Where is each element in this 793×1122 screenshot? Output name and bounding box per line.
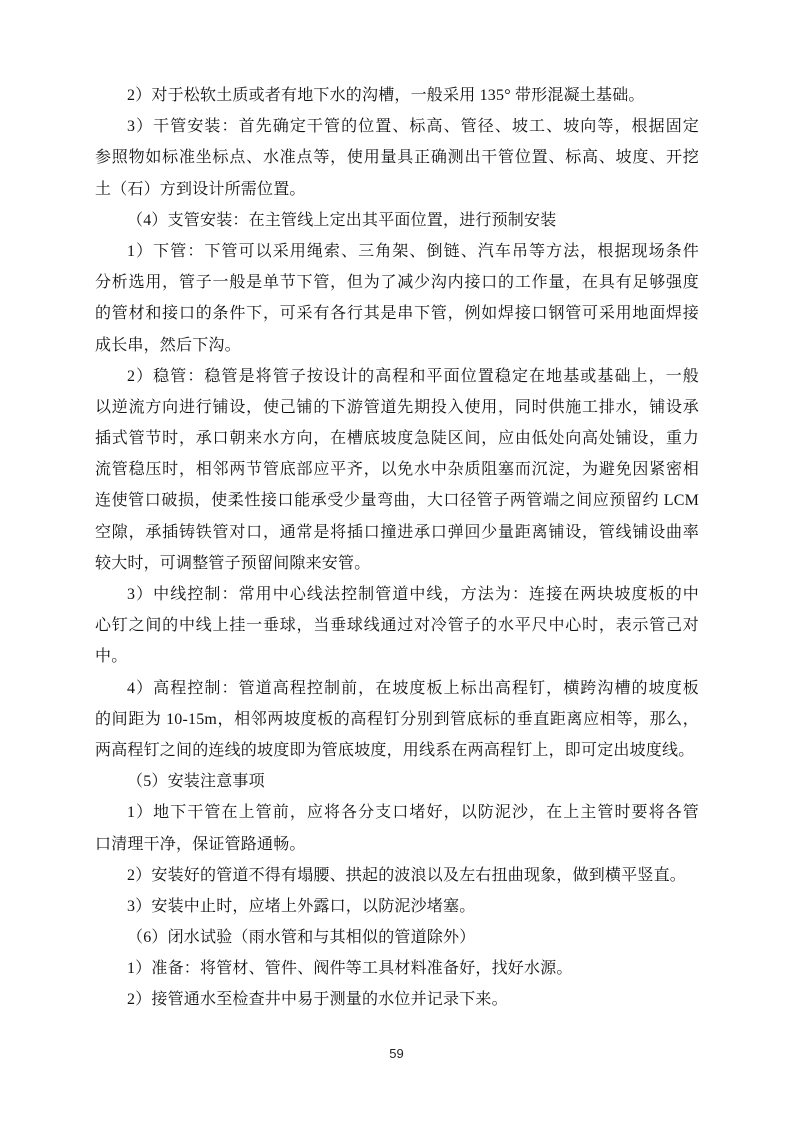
text-line: 3）中线控制：常用中心线法控制管道中线，方法为：连接在两块坡度板的中 xyxy=(95,579,699,610)
paragraph: 2）稳管：稳管是将管子按设计的高程和平面位置稳定在地基或基础上，一般 以逆流方向… xyxy=(95,361,699,579)
text-line: 中。 xyxy=(95,641,699,672)
paragraph: （4）支管安装：在主管线上定出其平面位置，进行预制安装 xyxy=(95,205,699,236)
text-line: 3）干管安装：首先确定干管的位置、标高、管径、坡工、坡向等，根据固定 xyxy=(95,111,699,142)
text-line: 2）安装好的管道不得有塌腰、拱起的波浪以及左右扭曲现象，做到横平竖直。 xyxy=(95,860,699,891)
paragraph: 3）中线控制：常用中心线法控制管道中线，方法为：连接在两块坡度板的中 心钉之间的… xyxy=(95,579,699,673)
paragraph: 2）接管通水至检查井中易于测量的水位并记录下来。 xyxy=(95,984,699,1015)
text-line: 两高程钉之间的连线的坡度即为管底坡度，用线系在两高程钉上，即可定出坡度线。 xyxy=(95,735,699,766)
text-line: 连使管口破损，使柔性接口能承受少量弯曲，大口径管子两管端之间应预留约 LCM xyxy=(95,485,699,516)
text-line: 成长串，然后下沟。 xyxy=(95,330,699,361)
text-line: 的管材和接口的条件下，可采有各行其是串下管，例如焊接口钢管可采用地面焊接 xyxy=(95,298,699,329)
text-line: 空隙，承插铸铁管对口，通常是将插口撞进承口弹回少量距离铺设，管线铺设曲率 xyxy=(95,517,699,548)
paragraph: 1）地下干管在上管前，应将各分支口堵好，以防泥沙，在上主管时要将各管 口清理干净… xyxy=(95,797,699,859)
text-line: 分析选用，管子一般是单节下管，但为了减少沟内接口的工作量，在具有足够强度 xyxy=(95,267,699,298)
text-line: 以逆流方向进行铺设，使己铺的下游管道先期投入使用，同时供施工排水，铺设承 xyxy=(95,392,699,423)
page-number: 59 xyxy=(0,1046,793,1061)
text-line: （6）闭水试验（雨水管和与其相似的管道除外） xyxy=(95,922,699,953)
paragraph: 4）高程控制：管道高程控制前，在坡度板上标出高程钉，横跨沟槽的坡度板 的间距为 … xyxy=(95,673,699,767)
paragraph: 2）对于松软土质或者有地下水的沟槽，一般采用 135° 带形混凝土基础。 xyxy=(95,80,699,111)
paragraph: 3）干管安装：首先确定干管的位置、标高、管径、坡工、坡向等，根据固定 参照物如标… xyxy=(95,111,699,205)
text-line: 2）接管通水至检查井中易于测量的水位并记录下来。 xyxy=(95,984,699,1015)
text-line: 1）地下干管在上管前，应将各分支口堵好，以防泥沙，在上主管时要将各管 xyxy=(95,797,699,828)
text-line: 1）下管：下管可以采用绳索、三角架、倒链、汽车吊等方法，根据现场条件 xyxy=(95,236,699,267)
text-line: 4）高程控制：管道高程控制前，在坡度板上标出高程钉，横跨沟槽的坡度板 xyxy=(95,673,699,704)
text-line: 的间距为 10-15m，相邻两坡度板的高程钉分别到管底标的垂直距离应相等，那么， xyxy=(95,704,699,735)
text-line: 1）准备：将管材、管件、阀件等工具材料准备好，找好水源。 xyxy=(95,953,699,984)
text-line: （4）支管安装：在主管线上定出其平面位置，进行预制安装 xyxy=(95,205,699,236)
document-page: 2）对于松软土质或者有地下水的沟槽，一般采用 135° 带形混凝土基础。 3）干… xyxy=(0,0,793,1122)
text-line: 较大时，可调整管子预留间隙来安管。 xyxy=(95,548,699,579)
text-line: （5）安装注意事项 xyxy=(95,766,699,797)
text-line: 土（石）方到设计所需位置。 xyxy=(95,174,699,205)
paragraph: （5）安装注意事项 xyxy=(95,766,699,797)
text-line: 参照物如标准坐标点、水准点等，使用量具正确测出干管位置、标高、坡度、开挖 xyxy=(95,142,699,173)
text-line: 流管稳压时，相邻两节管底部应平齐，以免水中杂质阻塞而沉淀，为避免因紧密相 xyxy=(95,454,699,485)
text-line: 插式管节时，承口朝来水方向，在槽底坡度急陡区间，应由低处向高处铺设，重力 xyxy=(95,423,699,454)
text-line: 2）稳管：稳管是将管子按设计的高程和平面位置稳定在地基或基础上，一般 xyxy=(95,361,699,392)
document-body: 2）对于松软土质或者有地下水的沟槽，一般采用 135° 带形混凝土基础。 3）干… xyxy=(95,80,699,1016)
text-line: 心钉之间的中线上挂一垂球，当垂球线通过对冷管子的水平尺中心时，表示管己对 xyxy=(95,610,699,641)
text-line: 3）安装中止时，应堵上外露口，以防泥沙堵塞。 xyxy=(95,891,699,922)
paragraph: 1）准备：将管材、管件、阀件等工具材料准备好，找好水源。 xyxy=(95,953,699,984)
text-line: 2）对于松软土质或者有地下水的沟槽，一般采用 135° 带形混凝土基础。 xyxy=(95,80,699,111)
paragraph: 1）下管：下管可以采用绳索、三角架、倒链、汽车吊等方法，根据现场条件 分析选用，… xyxy=(95,236,699,361)
text-line: 口清理干净，保证管路通畅。 xyxy=(95,829,699,860)
paragraph: 3）安装中止时，应堵上外露口，以防泥沙堵塞。 xyxy=(95,891,699,922)
paragraph: （6）闭水试验（雨水管和与其相似的管道除外） xyxy=(95,922,699,953)
paragraph: 2）安装好的管道不得有塌腰、拱起的波浪以及左右扭曲现象，做到横平竖直。 xyxy=(95,860,699,891)
